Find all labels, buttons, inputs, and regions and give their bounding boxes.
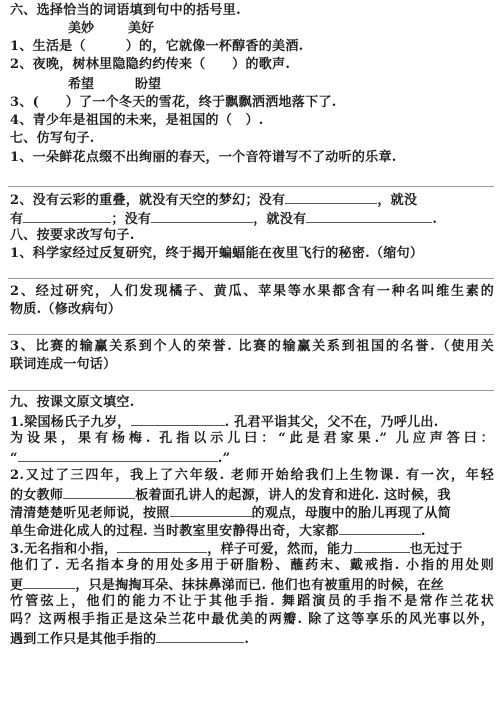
section-6-title: 六、选择恰当的词语填到句中的括号里.	[10, 2, 494, 20]
answer-line[interactable]	[8, 278, 494, 279]
p3-text-b: ，样子可爱，然而，能力	[207, 542, 353, 557]
p3-text-f: 遇到工作只是其他手指的	[10, 632, 156, 647]
answer-line[interactable]	[8, 390, 494, 391]
word-choice-b2: 盼望	[135, 76, 161, 94]
answer-line[interactable]	[8, 334, 494, 335]
q2-text-a: 2、没有云彩的重叠，就没有天空的梦幻；没有	[10, 193, 285, 208]
section-9-p1-line1: 1.梁国杨氏子九岁，. 孔君平诣其父，父不在，乃呼儿出.	[10, 412, 494, 432]
q2-text-f: .	[432, 212, 437, 227]
section-9-p3-line6: 遇到工作只是其他手指的.	[10, 629, 494, 649]
p1-quote-open: “	[10, 451, 18, 466]
p3-text-c: 也无过于	[410, 542, 463, 557]
section-6-q3: 3、( ）了一个冬天的雪花，终于飘飘洒洒地落下了.	[10, 94, 494, 112]
section-7-title: 七、仿写句子.	[10, 130, 494, 148]
blank-field[interactable]	[131, 412, 225, 426]
section-7-q2-line1: 2、没有云彩的重叠，就没有天空的梦幻；没有，就没	[10, 190, 494, 210]
blank-field[interactable]	[151, 209, 253, 223]
blank-field[interactable]	[170, 503, 252, 517]
q2-text-b: ，就没	[377, 193, 417, 208]
p3-text-d: 更	[10, 578, 23, 593]
q2-text-d: ；没有	[111, 212, 151, 227]
section-8-q2-line1: 2、经过研究，人们发现橘子、黄瓜、苹果等水果都含有一种名叫维生素的	[10, 283, 494, 301]
q2-text-e: ，就没有	[253, 212, 306, 227]
p3-text-g: .	[244, 632, 249, 647]
p1-quote-close: .”	[218, 451, 231, 466]
section-9-p3-line5: 吗？这两根手指正是这朵兰花中最优美的两瓣. 除了这等享乐的风光事以外，	[10, 611, 494, 629]
blank-field[interactable]	[285, 190, 377, 204]
blank-field[interactable]	[156, 629, 244, 643]
section-9-p1-line2: 为设果，果有杨梅. 孔指以示儿曰：“此是君家果.” 儿应声答曰：	[10, 430, 494, 448]
section-8-q2-line2: 物质.（修改病句）	[10, 301, 494, 319]
section-6-q2: 2、夜晚，树林里隐隐约约传来（ ）的歌声.	[10, 56, 494, 74]
blank-field[interactable]	[306, 209, 432, 223]
word-choice-a2: 美好	[128, 20, 154, 38]
blank-field[interactable]	[354, 539, 410, 553]
blank-field[interactable]	[23, 209, 111, 223]
p2-text-f: .	[421, 524, 426, 539]
section-9-title: 九、按课文原文填空.	[10, 394, 494, 412]
p3-text-a: 3.无名指和小指，	[10, 542, 117, 557]
q2-text-c: 有	[10, 212, 23, 227]
blank-field[interactable]	[63, 485, 135, 499]
section-9-p2-line4: 单生命进化成人的过程. 当时教室里安静得出奇，大家都.	[10, 521, 494, 541]
p2-text-a: 的女教师	[10, 488, 63, 503]
section-9-p2-line2: 的女教师板着面孔讲人的起源，讲人的发育和进化. 这时候，我	[10, 485, 494, 505]
p3-text-e: ，只是掏掏耳朵、抹抹鼻涕而已. 他们也有被重用的时候，在丝	[75, 578, 444, 593]
section-9-p3-line3: 更，只是掏掏耳朵、抹抹鼻涕而已. 他们也有被重用的时候，在丝	[10, 575, 494, 595]
blank-field[interactable]	[18, 448, 218, 462]
section-8-q3-line2: 联词连成一句话）	[10, 356, 494, 374]
section-8-q3-line1: 3、比赛的输赢关系到个人的荣誉. 比赛的输赢关系到祖国的名誉.（使用关	[10, 338, 494, 356]
section-8-title: 八、按要求改写句子.	[10, 227, 494, 245]
section-6-q1: 1、生活是（ ）的，它就像一杯醇香的美酒.	[10, 38, 494, 56]
worksheet-page: 六、选择恰当的词语填到句中的括号里. 美妙 美好 1、生活是（ ）的，它就像一杯…	[0, 0, 500, 713]
p2-text-e: 单生命进化成人的过程. 当时教室里安静得出奇，大家都	[10, 524, 339, 539]
word-choice-a1: 美妙	[68, 20, 94, 38]
section-7-q2-line2: 有；没有，就没有.	[10, 209, 494, 229]
section-8-q1: 1、科学家经过反复研究，终于揭开蝙蝠能在夜里飞行的秘密.（缩句）	[10, 245, 494, 263]
answer-line[interactable]	[8, 186, 494, 187]
p2-text-b: 板着面孔讲人的起源，讲人的发育和进化. 这时候，我	[135, 488, 451, 503]
section-6-q4: 4、青少年是祖国的未来，是祖国的（ ）.	[10, 112, 494, 130]
word-choice-b1: 希望	[68, 76, 94, 94]
section-9-p3-line1: 3.无名指和小指，，样子可爱，然而，能力也无过于	[10, 539, 494, 559]
p2-text-d: 的观点，母腹中的胎儿再现了从简	[252, 506, 452, 521]
section-7-q1: 1、一朵鲜花点缀不出绚丽的春天，一个音符谱写不了动听的乐章.	[10, 149, 494, 167]
p1-text-a: 1.梁国杨氏子九岁，	[10, 415, 131, 430]
p1-text-b: . 孔君平诣其父，父不在，乃呼儿出.	[225, 415, 439, 430]
blank-field[interactable]	[23, 575, 75, 589]
section-9-p1-line3: “.”	[10, 448, 494, 468]
section-9-p2-line3: 清清楚楚听见老师说，按照的观点，母腹中的胎儿再现了从简	[10, 503, 494, 523]
section-9-p3-line4: 竹管弦上，他们的能力不让于其他手指. 舞蹈演员的手指不是常作兰花状	[10, 593, 494, 611]
blank-field[interactable]	[339, 521, 421, 535]
blank-field[interactable]	[117, 539, 207, 553]
section-9-p2-line1: 2.又过了三四年，我上了六年级. 老师开始给我们上生物课. 有一次，年轻	[10, 467, 494, 485]
section-9-p3-line2: 他们了. 无名指本身的用处多用于研脂粉、蘸药末、戴戒指. 小指的用处则	[10, 557, 494, 575]
p2-text-c: 清清楚楚听见老师说，按照	[10, 506, 170, 521]
